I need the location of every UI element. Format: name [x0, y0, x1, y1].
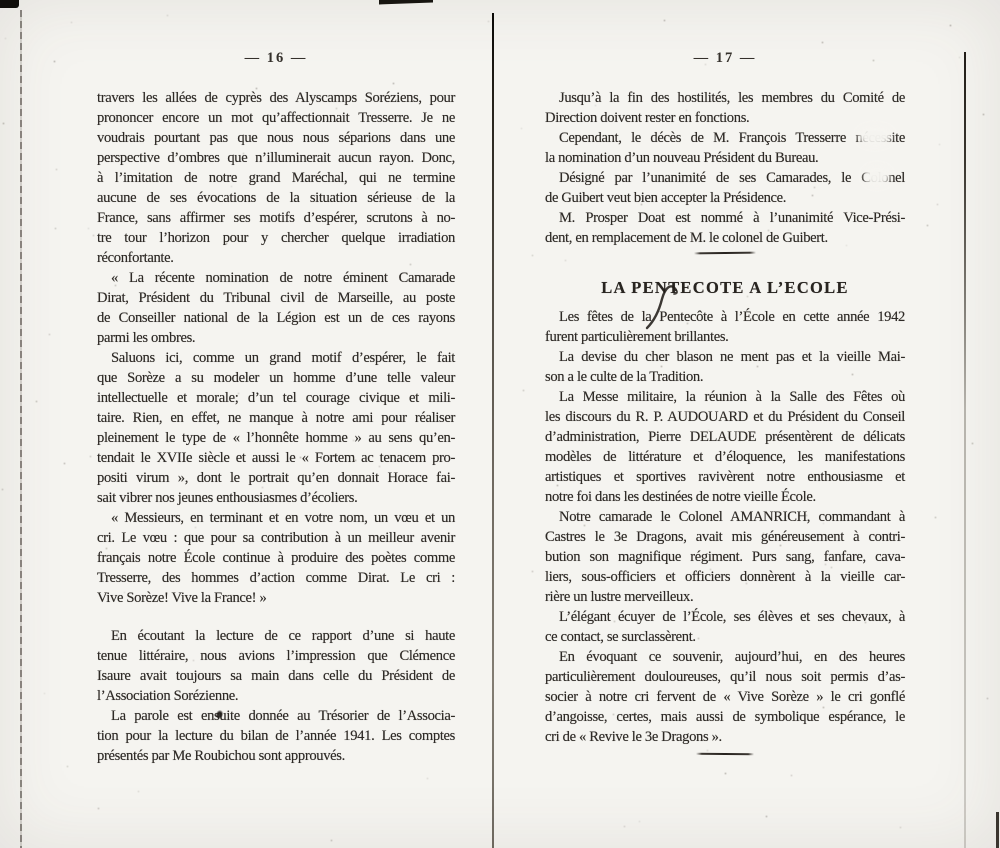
text-line: notre foi dans les destinées de notre vi… [545, 487, 905, 507]
text-line: dent, en remplacement de M. le colonel d… [545, 228, 905, 248]
page-17-top-text: Jusqu’à la fin des hostilités, les membr… [545, 88, 905, 248]
scan-edge-mark-bottomright [996, 812, 999, 848]
text-line: particulièrement douloureuses, qu’il nou… [545, 667, 905, 687]
text-line: cri. Le vœu : que pour sa contribution à… [97, 528, 455, 548]
text-line: taire. Rien, en effet, ne manque à notre… [97, 408, 455, 428]
text-line: Vive Sorèze! Vive la France! » [97, 588, 455, 608]
text-line: Désigné par l’unanimité de ses Camarades… [545, 168, 905, 188]
text-line: rière un lustre merveilleux. [545, 587, 905, 607]
text-line: Tresserre, des hommes d’action comme Dir… [97, 568, 455, 588]
text-line: parmi les ombres. [97, 328, 455, 348]
scan-edge-mark-top [379, 0, 433, 5]
text-line: aucune de ses évocations de la situation… [97, 188, 455, 208]
page-17: — 17 — Jusqu’à la fin des hostilités, le… [545, 50, 905, 756]
text-line: Saluons ici, comme un grand motif d’espé… [97, 348, 455, 368]
text-line: de Conseiller national de la Légion est … [97, 308, 455, 328]
text-line: tenue littéraire, nous avions l’impressi… [97, 646, 455, 666]
text-line: bution son magnifique régiment. Purs san… [545, 547, 905, 567]
section-separator-bottom [696, 753, 754, 756]
text-line: La devise du cher blason ne ment pas et … [545, 347, 905, 367]
text-line: de Guibert veut bien accepter la Préside… [545, 188, 905, 208]
page-edge-line-left [20, 10, 22, 848]
text-line: la nomination d’un nouveau Président du … [545, 148, 905, 168]
book-gutter-line [492, 13, 494, 848]
text-line: tre tour l’horizon pour y chercher quelq… [97, 228, 455, 248]
page-number-16: — 16 — [97, 50, 455, 70]
text-line: les discours du R. P. AUDOUARD et du Pré… [545, 407, 905, 427]
text-line: pleinement le type de « l’honnête homme … [97, 428, 455, 448]
text-line: prononcer encore un mot qu’affectionnait… [97, 108, 455, 128]
text-line: liers, sous-officiers et officiers donnè… [545, 567, 905, 587]
text-line: La parole est ensuite donnée au Trésorie… [97, 706, 455, 726]
text-line: Notre camarade le Colonel AMANRICH, comm… [545, 507, 905, 527]
text-line: voudrais pourtant pas que nous nous sépa… [97, 128, 455, 148]
text-line: d’angoisse, certes, mais aussi de symbol… [545, 707, 905, 727]
text-line: En évoquant ce souvenir, aujourd’hui, en… [545, 647, 905, 667]
text-line: cri de « Revive le 3e Dragons ». [545, 727, 905, 747]
text-line: sait vibrer nos jeunes enthousiasmes d’é… [97, 488, 455, 508]
book-scan: — 16 — travers les allées de cyprès des … [0, 0, 1000, 848]
text-line: ce contact, se surclassèrent. [545, 627, 905, 647]
text-line: réconfortante. [97, 248, 455, 268]
scan-edge-mark-topleft [0, 0, 19, 8]
page-17-body-text: Les fêtes de la Pentecôte à l’École en c… [545, 307, 905, 747]
text-line: son a le culte de la Tradition. [545, 367, 905, 387]
text-line: En écoutant la lecture de ce rapport d’u… [97, 626, 455, 646]
text-line: que Sorèze a su modeler un homme d’une t… [97, 368, 455, 388]
section-heading: LA PENTECOTE A L’ECOLE [545, 277, 905, 299]
text-line: « La récente nomination de notre éminent… [97, 268, 455, 288]
text-line: Les fêtes de la Pentecôte à l’École en c… [545, 307, 905, 327]
text-line: l’Association Sorézienne. [97, 686, 455, 706]
text-line: Castres le 3e Dragons, avait mis généreu… [545, 527, 905, 547]
text-line: socier à notre cri fervent de « Vive Sor… [545, 687, 905, 707]
text-line: tion pour la lecture du bilan de l’année… [97, 726, 455, 746]
text-line: Jusqu’à la fin des hostilités, les membr… [545, 88, 905, 108]
text-line: travers les allées de cyprès des Alyscam… [97, 88, 455, 108]
text-line: Dirat, Président du Tribunal civil de Ma… [97, 288, 455, 308]
text-line: positi virum », dont le portrait qu’en d… [97, 468, 455, 488]
text-line: artistiques et sportives ravivèrent notr… [545, 467, 905, 487]
text-line: présentés par Me Roubichou sont approuvé… [97, 746, 455, 766]
text-line: tendait le XVIIe siècle et aussi le « Fo… [97, 448, 455, 468]
text-line: « Messieurs, en terminant et en votre no… [97, 508, 455, 528]
text-line: La Messe militaire, la réunion à la Sall… [545, 387, 905, 407]
text-line: France, sans affirmer ses motifs d’espér… [97, 208, 455, 228]
text-line: français notre École continue à produire… [97, 548, 455, 568]
page-16: — 16 — travers les allées de cyprès des … [97, 50, 455, 766]
text-line: L’élégant écuyer de l’École, ses élèves … [545, 607, 905, 627]
page-edge-line-right [964, 52, 966, 848]
text-line: furent particulièrement brillantes. [545, 327, 905, 347]
text-line: Direction doivent rester en fonctions. [545, 108, 905, 128]
text-line: à l’imitation de notre grand Maréchal, q… [97, 168, 455, 188]
text-line: modèles de littérature et d’éloquence, l… [545, 447, 905, 467]
text-line: M. Prosper Doat est nommé à l’unanimité … [545, 208, 905, 228]
section-separator-top [694, 252, 756, 255]
page-number-17: — 17 — [545, 50, 905, 70]
text-line: d’administration, Pierre DELAUDE présent… [545, 427, 905, 447]
text-line: Isaure avait toujours sa main dans celle… [97, 666, 455, 686]
text-line: Cependant, le décès de M. François Tress… [545, 128, 905, 148]
text-line: intellectuelle et morale; d’un tel coura… [97, 388, 455, 408]
text-line: perspective d’ombres que n’illuminerait … [97, 148, 455, 168]
page-16-text: travers les allées de cyprès des Alyscam… [97, 88, 455, 766]
